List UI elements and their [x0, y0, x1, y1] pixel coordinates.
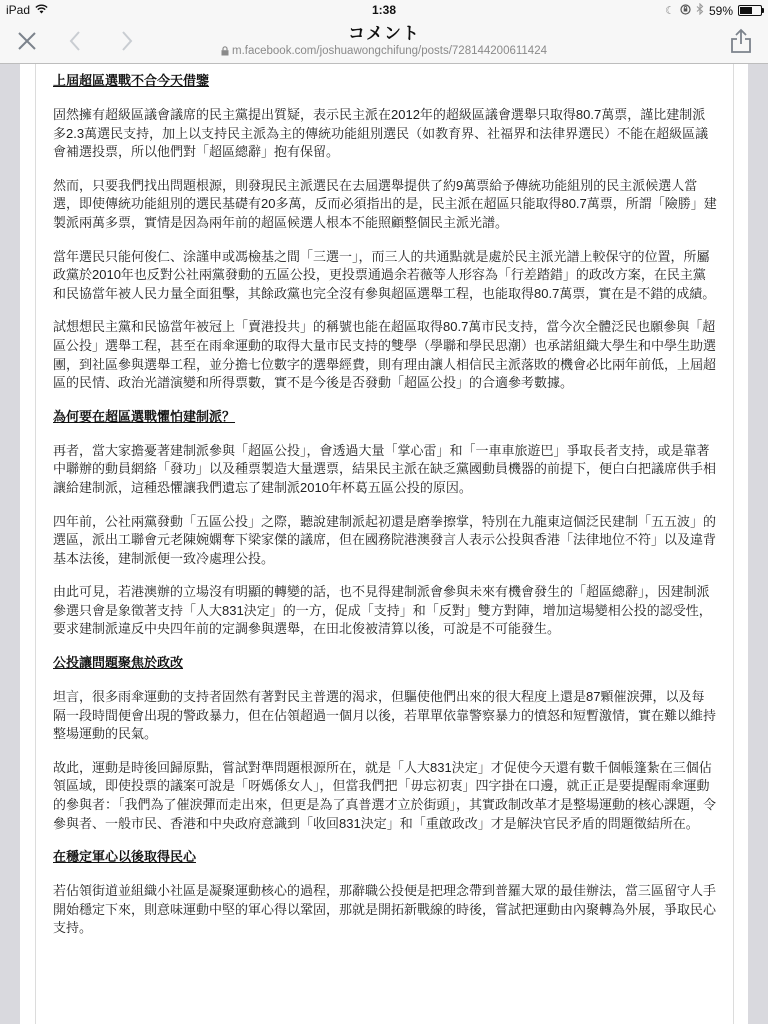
lock-icon	[221, 46, 229, 56]
page-column: 上屆超區選戰不合今天借鑒 固然擁有超級區議會議席的民主黨提出質疑，表示民主派在2…	[20, 64, 748, 1024]
back-button[interactable]	[60, 26, 90, 56]
title-area: コメント m.facebook.com/joshuawongchifung/po…	[150, 24, 618, 57]
page-title: コメント	[150, 24, 618, 44]
article-paragraph: 故此，運動是時後回歸原點，嘗試對準問題根源所在，就是「人大831決定」才促使今天…	[53, 759, 717, 833]
bluetooth-icon	[696, 3, 704, 18]
close-icon	[17, 31, 37, 51]
article-paragraph: 試想想民主黨和民協當年被冠上「賣港投共」的稱號也能在超區取得80.7萬市民支持，…	[53, 318, 717, 392]
battery-icon	[738, 5, 762, 16]
post-card: 上屆超區選戰不合今天借鑒 固然擁有超級區議會議席的民主黨提出質疑，表示民主派在2…	[35, 64, 734, 1024]
section-heading: 為何要在超區選戰懼怕建制派？	[53, 408, 717, 426]
chevron-right-icon	[121, 30, 133, 52]
browser-navbar: コメント m.facebook.com/joshuawongchifung/po…	[0, 20, 768, 64]
article-paragraph: 坦言，很多雨傘運動的支持者固然有著對民主普選的渴求，但驅使他們出來的很大程度上還…	[53, 688, 717, 744]
article-paragraph: 當年選民只能何俊仁、涂謹申或馮檢基之間「三選一」，而三人的共通點就是處於民主派光…	[53, 248, 717, 304]
section-heading: 上屆超區選戰不合今天借鑒	[53, 72, 717, 90]
url-bar[interactable]: m.facebook.com/joshuawongchifung/posts/7…	[150, 45, 618, 57]
chevron-left-icon	[69, 30, 81, 52]
share-icon	[730, 28, 752, 54]
article-paragraph: 由此可見，若港澳辦的立場沒有明顯的轉變的話，也不見得建制派會參與未來有機會發生的…	[53, 583, 717, 639]
status-time: 1:38	[0, 3, 768, 17]
section-heading: 公投讓問題聚焦於政改	[53, 654, 717, 672]
section-heading: 在穩定軍心以後取得民心	[53, 848, 717, 866]
article-paragraph: 四年前，公社兩黨發動「五區公投」之際，聽說建制派起初還是磨拳擦掌，特別在九龍東這…	[53, 513, 717, 569]
article-paragraph: 固然擁有超級區議會議席的民主黨提出質疑，表示民主派在2012年的超級區議會選舉只…	[53, 106, 717, 162]
forward-button[interactable]	[112, 26, 142, 56]
web-page[interactable]: 上屆超區選戰不合今天借鑒 固然擁有超級區議會議席的民主黨提出質疑，表示民主派在2…	[0, 64, 768, 1024]
status-bar: iPad 1:38 ☾ 59%	[0, 0, 768, 20]
article-paragraph: 然而，只要我們找出問題根源，則發現民主派選民在去屆選舉提供了約9萬票給予傳統功能…	[53, 177, 717, 233]
close-button[interactable]	[12, 26, 42, 56]
share-button[interactable]	[726, 26, 756, 56]
article-body: 上屆超區選戰不合今天借鑒 固然擁有超級區議會議席的民主黨提出質疑，表示民主派在2…	[36, 64, 733, 938]
status-right: ☾ 59%	[665, 3, 762, 18]
article-paragraph: 再者，當大家擔憂著建制派參與「超區公投」，會透過大量「掌心雷」和「一車車旅遊巴」…	[53, 442, 717, 498]
article-paragraph: 若佔領街道並組織小社區是凝聚運動核心的過程，那辭職公投便是把理念帶到普羅大眾的最…	[53, 882, 717, 938]
url-text: m.facebook.com/joshuawongchifung/posts/7…	[232, 45, 547, 57]
rotation-lock-icon	[680, 4, 691, 18]
battery-percent: 59%	[709, 4, 733, 18]
moon-icon: ☾	[665, 4, 675, 17]
battery-fill	[740, 7, 752, 14]
